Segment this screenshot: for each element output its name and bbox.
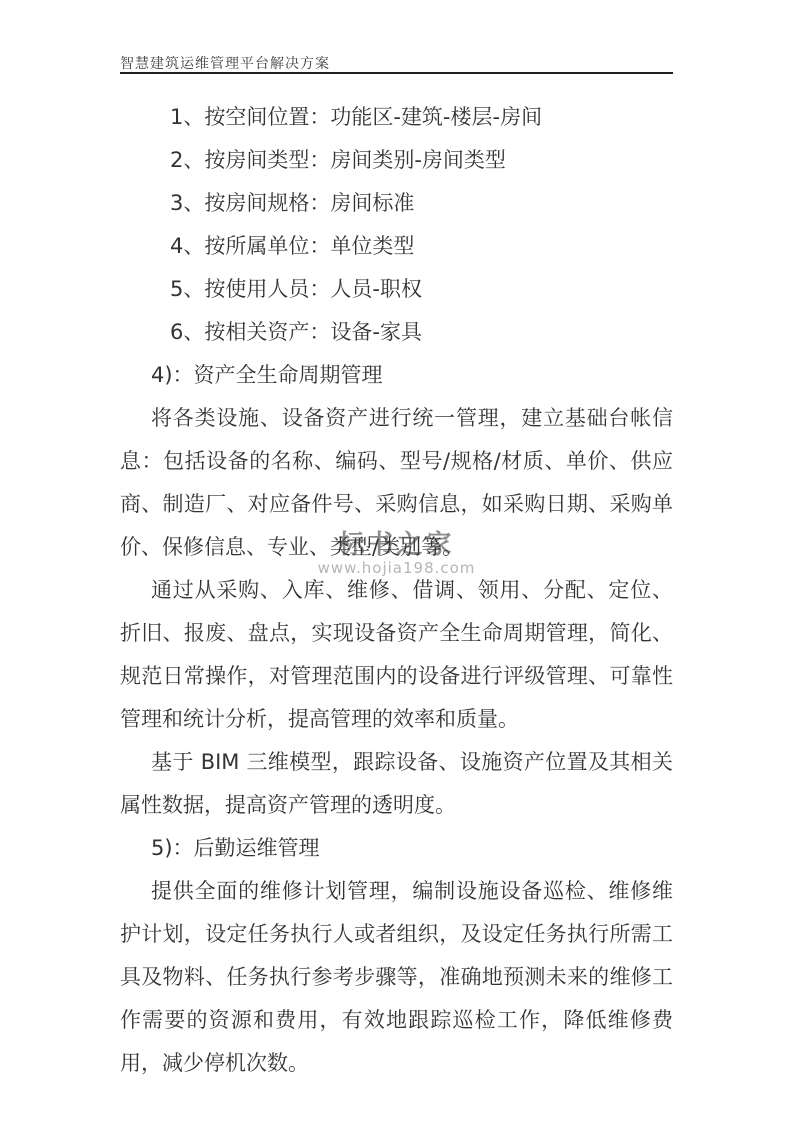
list-item: 6、按相关资产：设备-家具 <box>120 311 673 354</box>
paragraph: 提供全面的维修计划管理，编制设施设备巡检、维修维护计划，设定任务执行人或者组织，… <box>120 870 673 1085</box>
header-rule <box>120 72 673 74</box>
page-header: 智慧建筑运维管理平台解决方案 <box>120 53 673 73</box>
list-item: 5、按使用人员：人员-职权 <box>120 268 673 311</box>
numbered-list: 1、按空间位置：功能区-建筑-楼层-房间 2、按房间类型：房间类别-房间类型 3… <box>120 96 673 354</box>
header-title: 智慧建筑运维管理平台解决方案 <box>120 56 330 72</box>
document-page: 智慧建筑运维管理平台解决方案 标书之家 www.hojia198.com 1、按… <box>0 0 793 1122</box>
paragraph: 基于 BIM 三维模型，跟踪设备、设施资产位置及其相关属性数据，提高资产管理的透… <box>120 741 673 827</box>
list-item: 4、按所属单位：单位类型 <box>120 225 673 268</box>
document-content: 1、按空间位置：功能区-建筑-楼层-房间 2、按房间类型：房间类别-房间类型 3… <box>120 96 673 1085</box>
section-heading-logistics-ops: 5)：后勤运维管理 <box>120 827 673 870</box>
paragraph: 通过从采购、入库、维修、借调、领用、分配、定位、折旧、报废、盘点，实现设备资产全… <box>120 569 673 741</box>
section-heading-asset-lifecycle: 4)：资产全生命周期管理 <box>120 354 673 397</box>
list-item: 1、按空间位置：功能区-建筑-楼层-房间 <box>120 96 673 139</box>
list-item: 2、按房间类型：房间类别-房间类型 <box>120 139 673 182</box>
paragraph: 将各类设施、设备资产进行统一管理，建立基础台帐信息：包括设备的名称、编码、型号/… <box>120 397 673 569</box>
list-item: 3、按房间规格：房间标准 <box>120 182 673 225</box>
